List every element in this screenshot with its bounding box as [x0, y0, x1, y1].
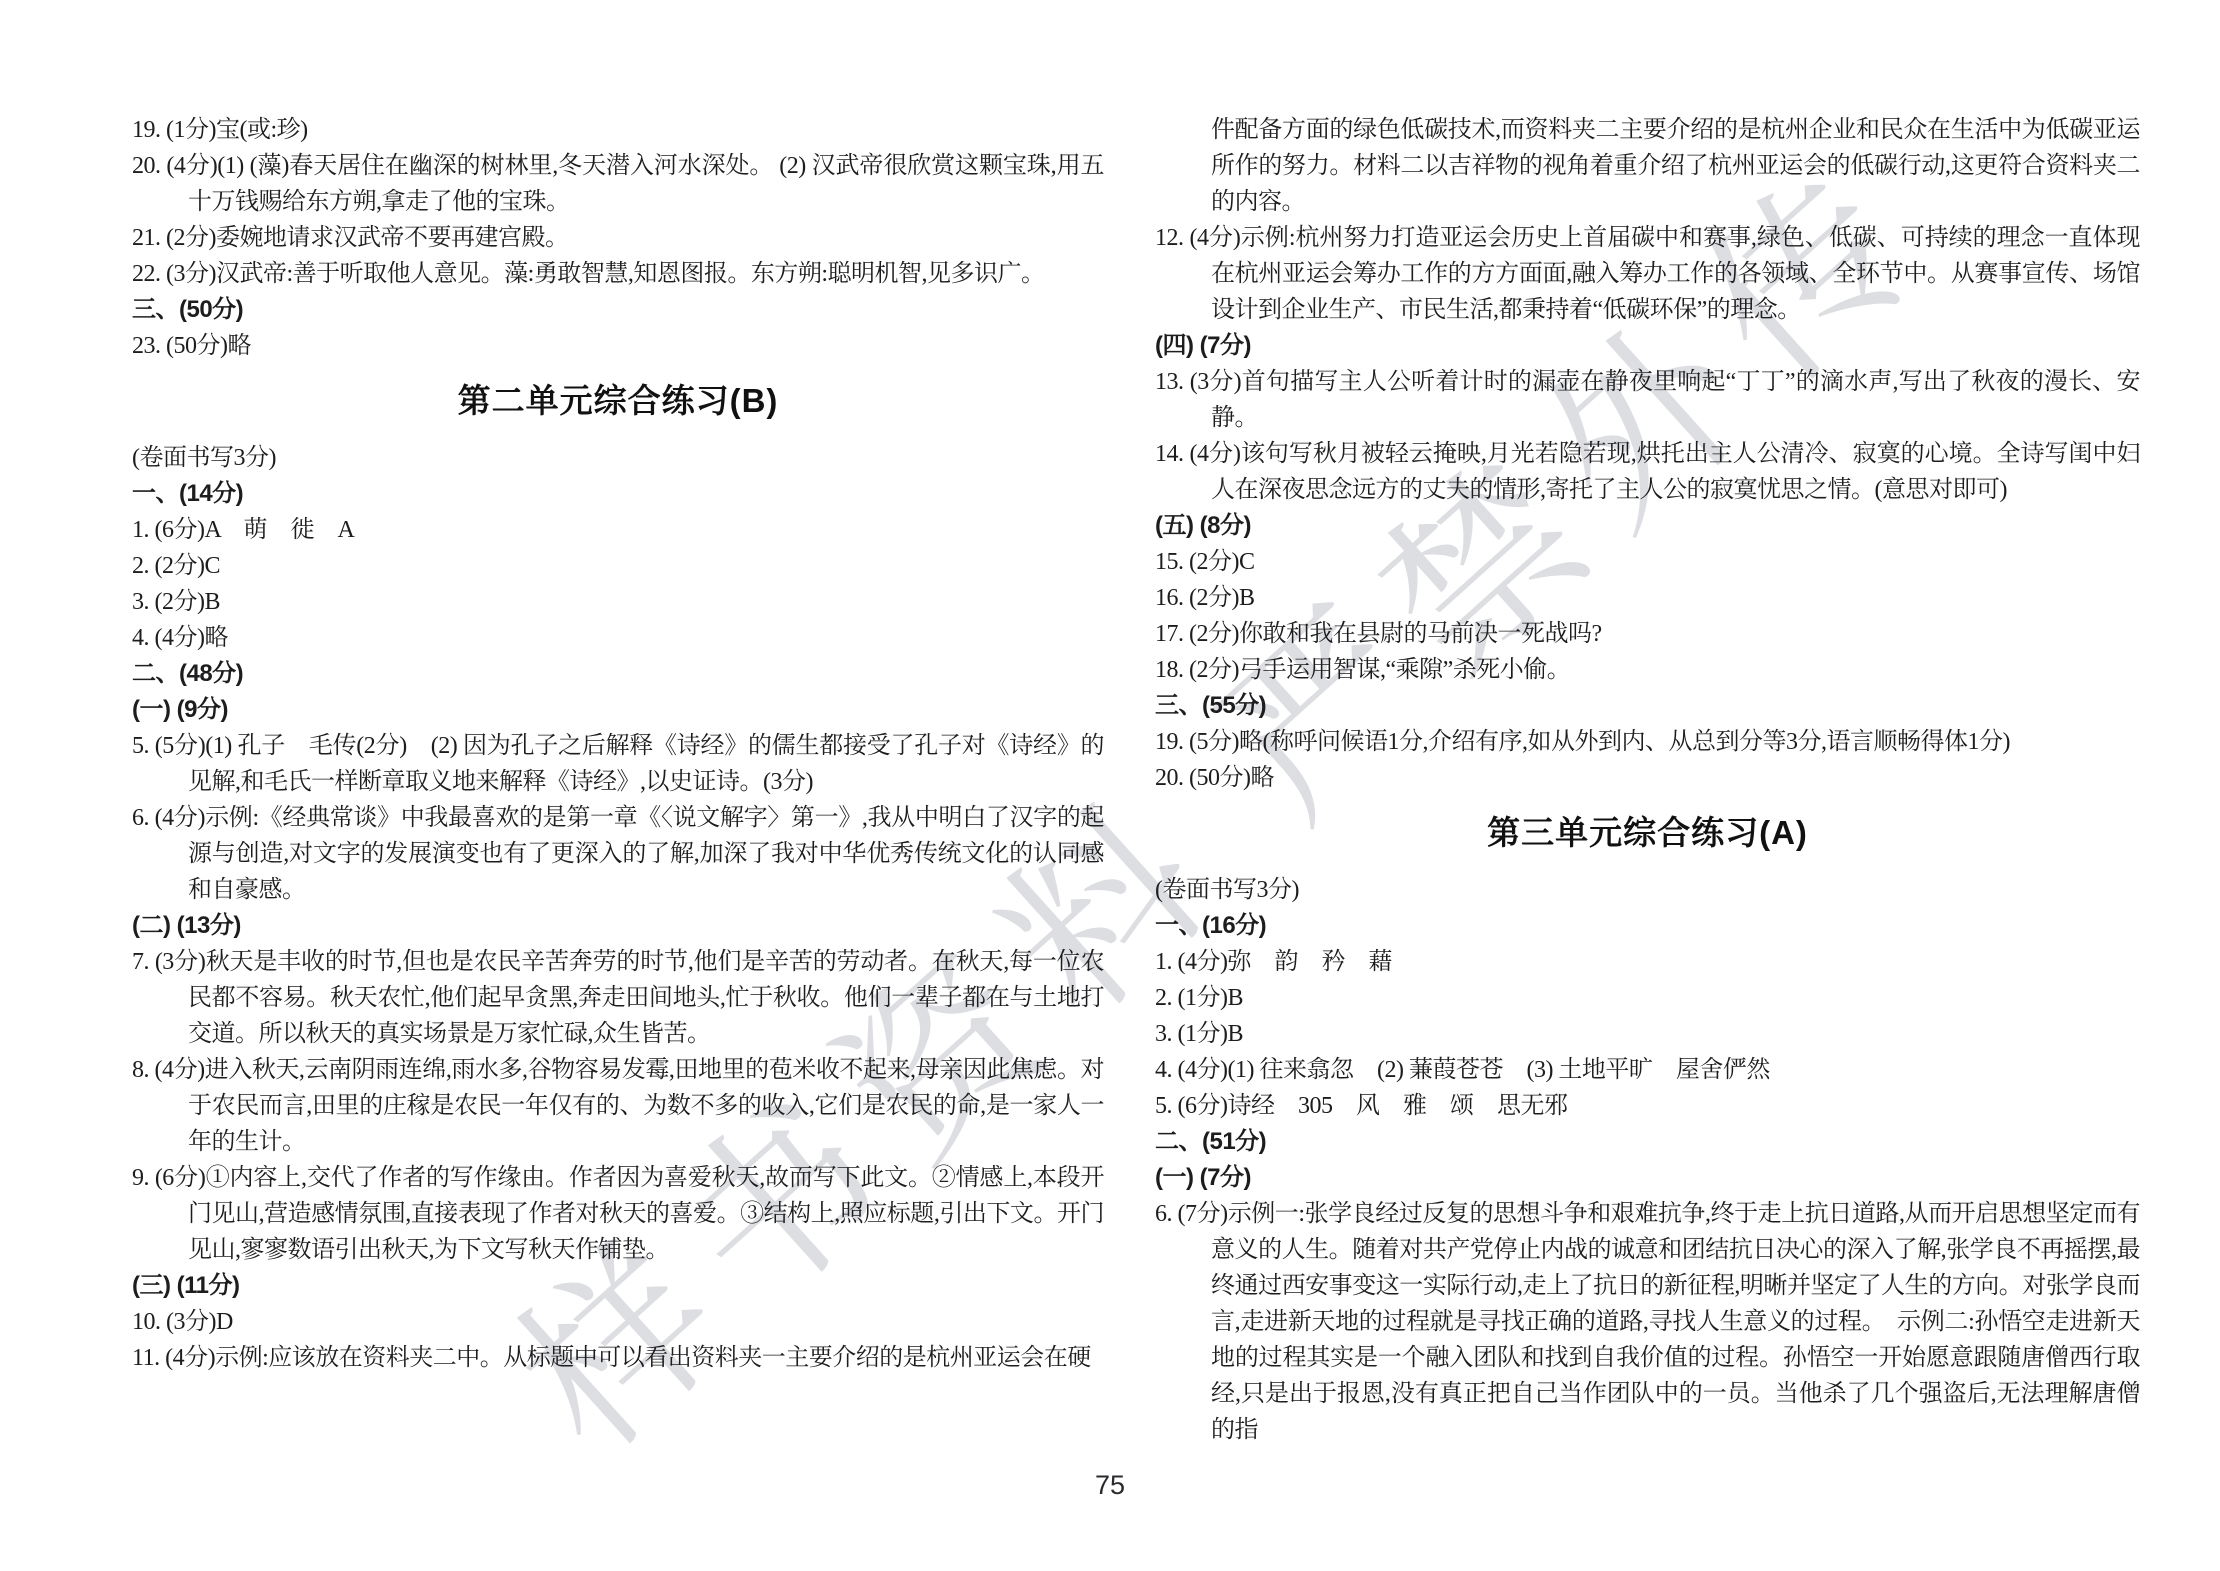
answer-line: 5. (5分)(1) 孔子 毛传(2分) (2) 因为孔子之后解释《诗经》的儒生… — [132, 728, 1104, 800]
answer-line: 6. (7分)示例一:张学良经过反复的思想斗争和艰难抗争,终于走上抗日道路,从而… — [1155, 1196, 2140, 1448]
answer-line: 3. (1分)B — [1155, 1016, 2140, 1052]
unit-heading: 第二单元综合练习(B) — [132, 378, 1104, 424]
section-line: 二、(51分) — [1155, 1124, 2140, 1160]
answer-line: 1. (6分)A 萌 徙 A — [132, 512, 1104, 548]
answer-line: 3. (2分)B — [132, 584, 1104, 620]
score-note-line: (卷面书写3分) — [1155, 872, 2140, 908]
answer-line: 14. (4分)该句写秋月被轻云掩映,月光若隐若现,烘托出主人公清冷、寂寞的心境… — [1155, 436, 2140, 508]
answer-line: 17. (2分)你敢和我在县尉的马前决一死战吗? — [1155, 616, 2140, 652]
right-column: 件配备方面的绿色低碳技术,而资料夹二主要介绍的是杭州企业和民众在生活中为低碳亚运… — [1155, 112, 2140, 1448]
section-line: (三) (11分) — [132, 1268, 1104, 1304]
answer-line: 4. (4分)(1) 往来翕忽 (2) 蒹葭苍苍 (3) 土地平旷 屋舍俨然 — [1155, 1052, 2140, 1088]
answer-line: 23. (50分)略 — [132, 328, 1104, 364]
section-line: 一、(16分) — [1155, 908, 2140, 944]
answer-line: 1. (4分)弥 韵 矜 藉 — [1155, 944, 2140, 980]
section-line: 一、(14分) — [132, 476, 1104, 512]
section-line: (二) (13分) — [132, 908, 1104, 944]
answer-line: 2. (1分)B — [1155, 980, 2140, 1016]
section-line: 三、(50分) — [132, 292, 1104, 328]
answer-line: 19. (5分)略(称呼问候语1分,介绍有序,如从外到内、从总到分等3分,语言顺… — [1155, 724, 2140, 760]
section-line: 二、(48分) — [132, 656, 1104, 692]
left-column: 19. (1分)宝(或:珍) 20. (4分)(1) (藻)春天居住在幽深的树林… — [132, 112, 1104, 1376]
answer-line: 9. (6分)①内容上,交代了作者的写作缘由。作者因为喜爱秋天,故而写下此文。②… — [132, 1160, 1104, 1268]
answer-line: 2. (2分)C — [132, 548, 1104, 584]
continuation-line: 件配备方面的绿色低碳技术,而资料夹二主要介绍的是杭州企业和民众在生活中为低碳亚运… — [1155, 112, 2140, 220]
answer-line: 8. (4分)进入秋天,云南阴雨连绵,雨水多,谷物容易发霉,田地里的苞米收不起来… — [132, 1052, 1104, 1160]
answer-line: 21. (2分)委婉地请求汉武帝不要再建宫殿。 — [132, 220, 1104, 256]
answer-line: 20. (50分)略 — [1155, 760, 2140, 796]
page-number: 75 — [0, 1470, 2220, 1501]
section-line: 三、(55分) — [1155, 688, 2140, 724]
section-line: (五) (8分) — [1155, 508, 2140, 544]
answer-line: 15. (2分)C — [1155, 544, 2140, 580]
answer-line: 10. (3分)D — [132, 1304, 1104, 1340]
section-line: (一) (9分) — [132, 692, 1104, 728]
answer-line: 4. (4分)略 — [132, 620, 1104, 656]
answer-line: 12. (4分)示例:杭州努力打造亚运会历史上首届碳中和赛事,绿色、低碳、可持续… — [1155, 220, 2140, 328]
answer-line: 11. (4分)示例:应该放在资料夹二中。从标题中可以看出资料夹一主要介绍的是杭… — [132, 1340, 1104, 1376]
section-line: (一) (7分) — [1155, 1160, 2140, 1196]
unit-heading: 第三单元综合练习(A) — [1155, 810, 2140, 856]
answer-line: 6. (4分)示例:《经典常谈》中我最喜欢的是第一章《〈说文解字〉第一》,我从中… — [132, 800, 1104, 908]
answer-line: 13. (3分)首句描写主人公听着计时的漏壶在静夜里响起“丁丁”的滴水声,写出了… — [1155, 364, 2140, 436]
answer-key-page: 样书资料 严禁外传 19. (1分)宝(或:珍) 20. (4分)(1) (藻)… — [0, 0, 2220, 1571]
score-note-line: (卷面书写3分) — [132, 440, 1104, 476]
answer-line: 16. (2分)B — [1155, 580, 2140, 616]
answer-line: 19. (1分)宝(或:珍) — [132, 112, 1104, 148]
answer-line: 20. (4分)(1) (藻)春天居住在幽深的树林里,冬天潜入河水深处。 (2)… — [132, 148, 1104, 220]
answer-line: 18. (2分)弓手运用智谋,“乘隙”杀死小偷。 — [1155, 652, 2140, 688]
section-line: (四) (7分) — [1155, 328, 2140, 364]
answer-line: 7. (3分)秋天是丰收的时节,但也是农民辛苦奔劳的时节,他们是辛苦的劳动者。在… — [132, 944, 1104, 1052]
answer-line: 5. (6分)诗经 305 风 雅 颂 思无邪 — [1155, 1088, 2140, 1124]
answer-line: 22. (3分)汉武帝:善于听取他人意见。藻:勇敢智慧,知恩图报。东方朔:聪明机… — [132, 256, 1104, 292]
